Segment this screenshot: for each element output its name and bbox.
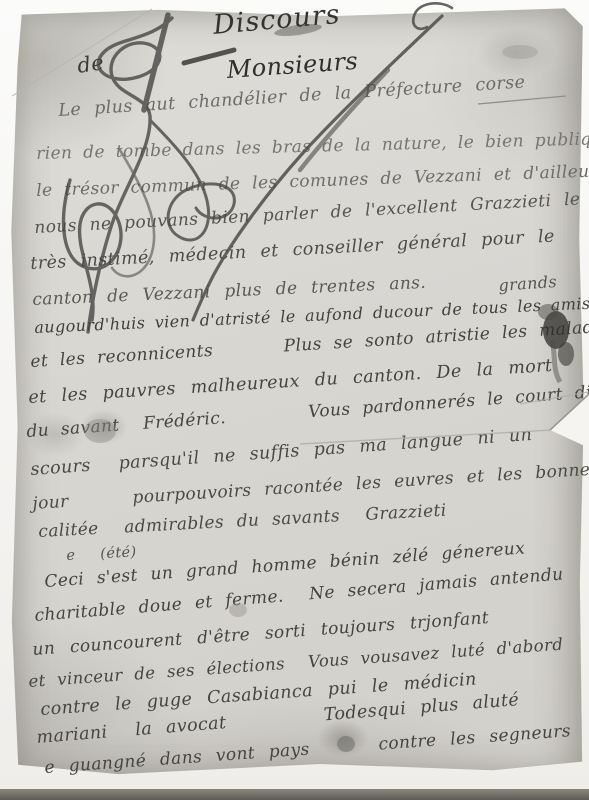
handwritten-line: grands <box>498 274 558 294</box>
handwritten-line: e (été) <box>66 545 137 563</box>
scanned-document: Discours de Monsieurs Le plus aut chandé… <box>0 0 589 800</box>
handwritten-line: de <box>76 52 105 77</box>
scan-edge-shadow <box>0 789 589 800</box>
